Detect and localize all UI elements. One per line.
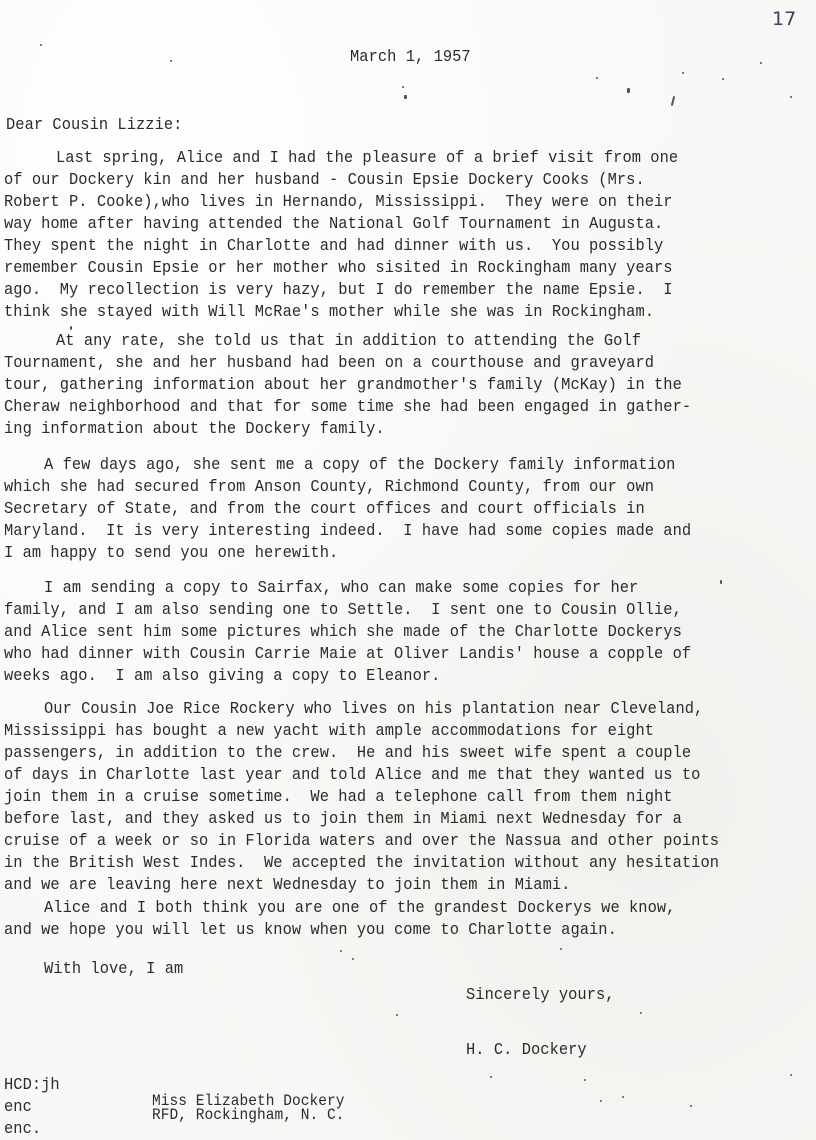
paragraph-line: in the British West Indes. We accepted t… — [4, 853, 719, 872]
paragraph-line: Last spring, Alice and I had the pleasur… — [56, 148, 678, 167]
reference-initials: HCD:jh — [4, 1075, 60, 1094]
valediction: Sincerely yours, — [466, 985, 615, 1004]
paragraph-line: of our Dockery kin and her husband - Cou… — [4, 170, 645, 189]
paragraph-line: They spent the night in Charlotte and ha… — [4, 236, 663, 255]
paragraph-line: who had dinner with Cousin Carrie Maie a… — [4, 644, 691, 663]
paragraph-line: way home after having attended the Natio… — [4, 214, 663, 233]
paragraph-line: Alice and I both think you are one of th… — [44, 898, 675, 917]
paragraph-line: before last, and they asked us to join t… — [4, 809, 682, 828]
paragraph-line: tour, gathering information about her gr… — [4, 375, 682, 394]
paragraph-line: Mississippi has bought a new yacht with … — [4, 721, 654, 740]
paragraph-line: of days in Charlotte last year and told … — [4, 765, 700, 784]
paragraph-line: Our Cousin Joe Rice Rockery who lives on… — [44, 699, 703, 718]
closing-line: With love, I am — [44, 959, 183, 978]
paragraph-line: At any rate, she told us that in additio… — [56, 331, 641, 350]
signature: H. C. Dockery — [466, 1040, 587, 1059]
paragraph-line: ago. My recollection is very hazy, but I… — [4, 280, 673, 299]
paragraph-line: weeks ago. I am also giving a copy to El… — [4, 666, 440, 685]
paragraph-line: cruise of a week or so in Florida waters… — [4, 831, 719, 850]
paragraph-line: Cheraw neighborhood and that for some ti… — [4, 397, 691, 416]
paragraph-line: I am sending a copy to Sairfax, who can … — [44, 578, 638, 597]
paragraph-line: family, and I am also sending one to Set… — [4, 600, 682, 619]
letter-page: 17 March 1, 1957 Dear Cousin Lizzie: Las… — [0, 0, 816, 1140]
paragraph-line: and Alice sent him some pictures which s… — [4, 622, 682, 641]
page-number: 17 — [772, 8, 796, 30]
paragraph-line: ing information about the Dockery family… — [4, 419, 385, 438]
paragraph-line: remember Cousin Epsie or her mother who … — [4, 258, 673, 277]
paragraph-line: Secretary of State, and from the court o… — [4, 499, 645, 518]
paragraph-line: Tournament, she and her husband had been… — [4, 353, 654, 372]
paragraph-line: and we hope you will let us know when yo… — [4, 920, 617, 939]
recipient-address: RFD, Rockingham, N. C. — [152, 1108, 345, 1124]
salutation: Dear Cousin Lizzie: — [6, 115, 182, 134]
paragraph-line: Maryland. It is very interesting indeed.… — [4, 521, 691, 540]
enclosure-note: enc — [4, 1097, 32, 1116]
paragraph-line: which she had secured from Anson County,… — [4, 477, 654, 496]
paragraph-line: I am happy to send you one herewith. — [4, 543, 338, 562]
enclosure-note: enc. — [4, 1119, 41, 1138]
paragraph-line: think she stayed with Will McRae's mothe… — [4, 302, 654, 321]
paragraph-line: Robert P. Cooke),who lives in Hernando, … — [4, 192, 673, 211]
paragraph-line: passengers, in addition to the crew. He … — [4, 743, 691, 762]
paragraph-line: and we are leaving here next Wednesday t… — [4, 875, 570, 894]
letter-date: March 1, 1957 — [350, 47, 471, 66]
paragraph-line: join them in a cruise sometime. We had a… — [4, 787, 673, 806]
paragraph-line: A few days ago, she sent me a copy of th… — [44, 455, 675, 474]
